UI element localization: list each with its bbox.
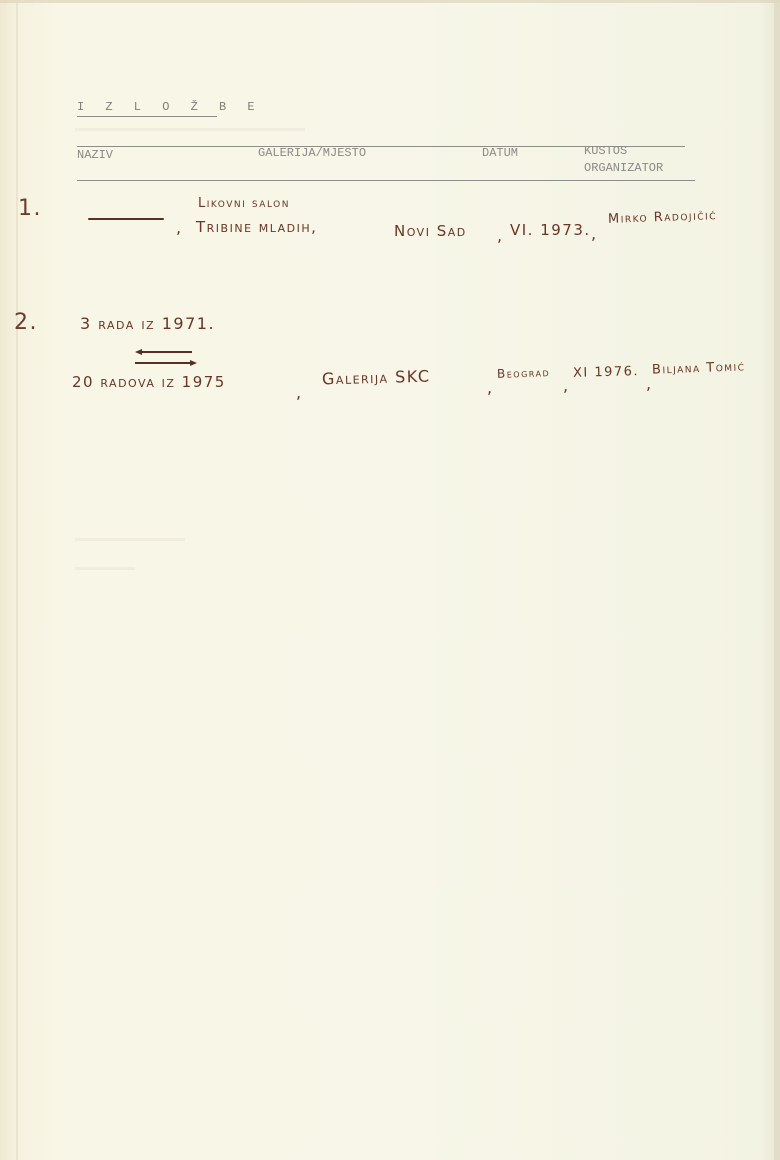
mjesto: Beograd (497, 365, 551, 381)
page-edge (774, 0, 780, 1160)
separator: , (487, 378, 494, 397)
arrow-left-line (140, 351, 192, 353)
separator: , (296, 383, 303, 402)
arrow-right-line (135, 362, 191, 364)
entry-number: 1. (18, 196, 42, 221)
document-title: I Z L O Ž B E (77, 100, 262, 114)
column-header-organizator: ORGANIZATOR (584, 161, 663, 175)
naziv-line-1: 3 rada iz 1971. (80, 314, 215, 333)
document-page: I Z L O Ž B E NAZIV GALERIJA/MJESTO DATU… (0, 0, 780, 1160)
naziv-line-2: 20 radova iz 1975 (72, 373, 226, 391)
naziv-blank-dash (88, 218, 164, 220)
galerija-line-1: Likovni salon (198, 196, 290, 211)
separator: , (176, 218, 183, 237)
arrow-right-icon (190, 360, 197, 366)
mjesto: Novi Sad (394, 222, 467, 240)
column-header-kustos: KUSTOS (584, 144, 627, 158)
show-through-mark (75, 567, 135, 570)
galerija-line-2: Tribine mladih, (196, 218, 317, 236)
separator: , (497, 226, 504, 245)
page-binding-edge (16, 0, 18, 1160)
datum: XI 1976. (573, 364, 639, 381)
title-underline (77, 116, 217, 117)
kustos: Mirko Radojičić (608, 208, 717, 227)
datum: VI. 1973. (510, 221, 591, 239)
separator: , (563, 376, 570, 395)
column-header-datum: DATUM (482, 146, 518, 160)
column-header-galerija: GALERIJA/MJESTO (258, 146, 366, 160)
column-header-naziv: NAZIV (77, 148, 113, 162)
show-through-mark (75, 128, 305, 131)
kustos: Biljana Tomić (652, 359, 746, 377)
separator: , (591, 224, 598, 243)
show-through-mark (75, 538, 185, 541)
entry-number: 2. (14, 310, 38, 335)
page-edge (0, 0, 780, 3)
galerija: Galerija SKC (322, 367, 431, 389)
header-rule-bottom (77, 180, 695, 181)
